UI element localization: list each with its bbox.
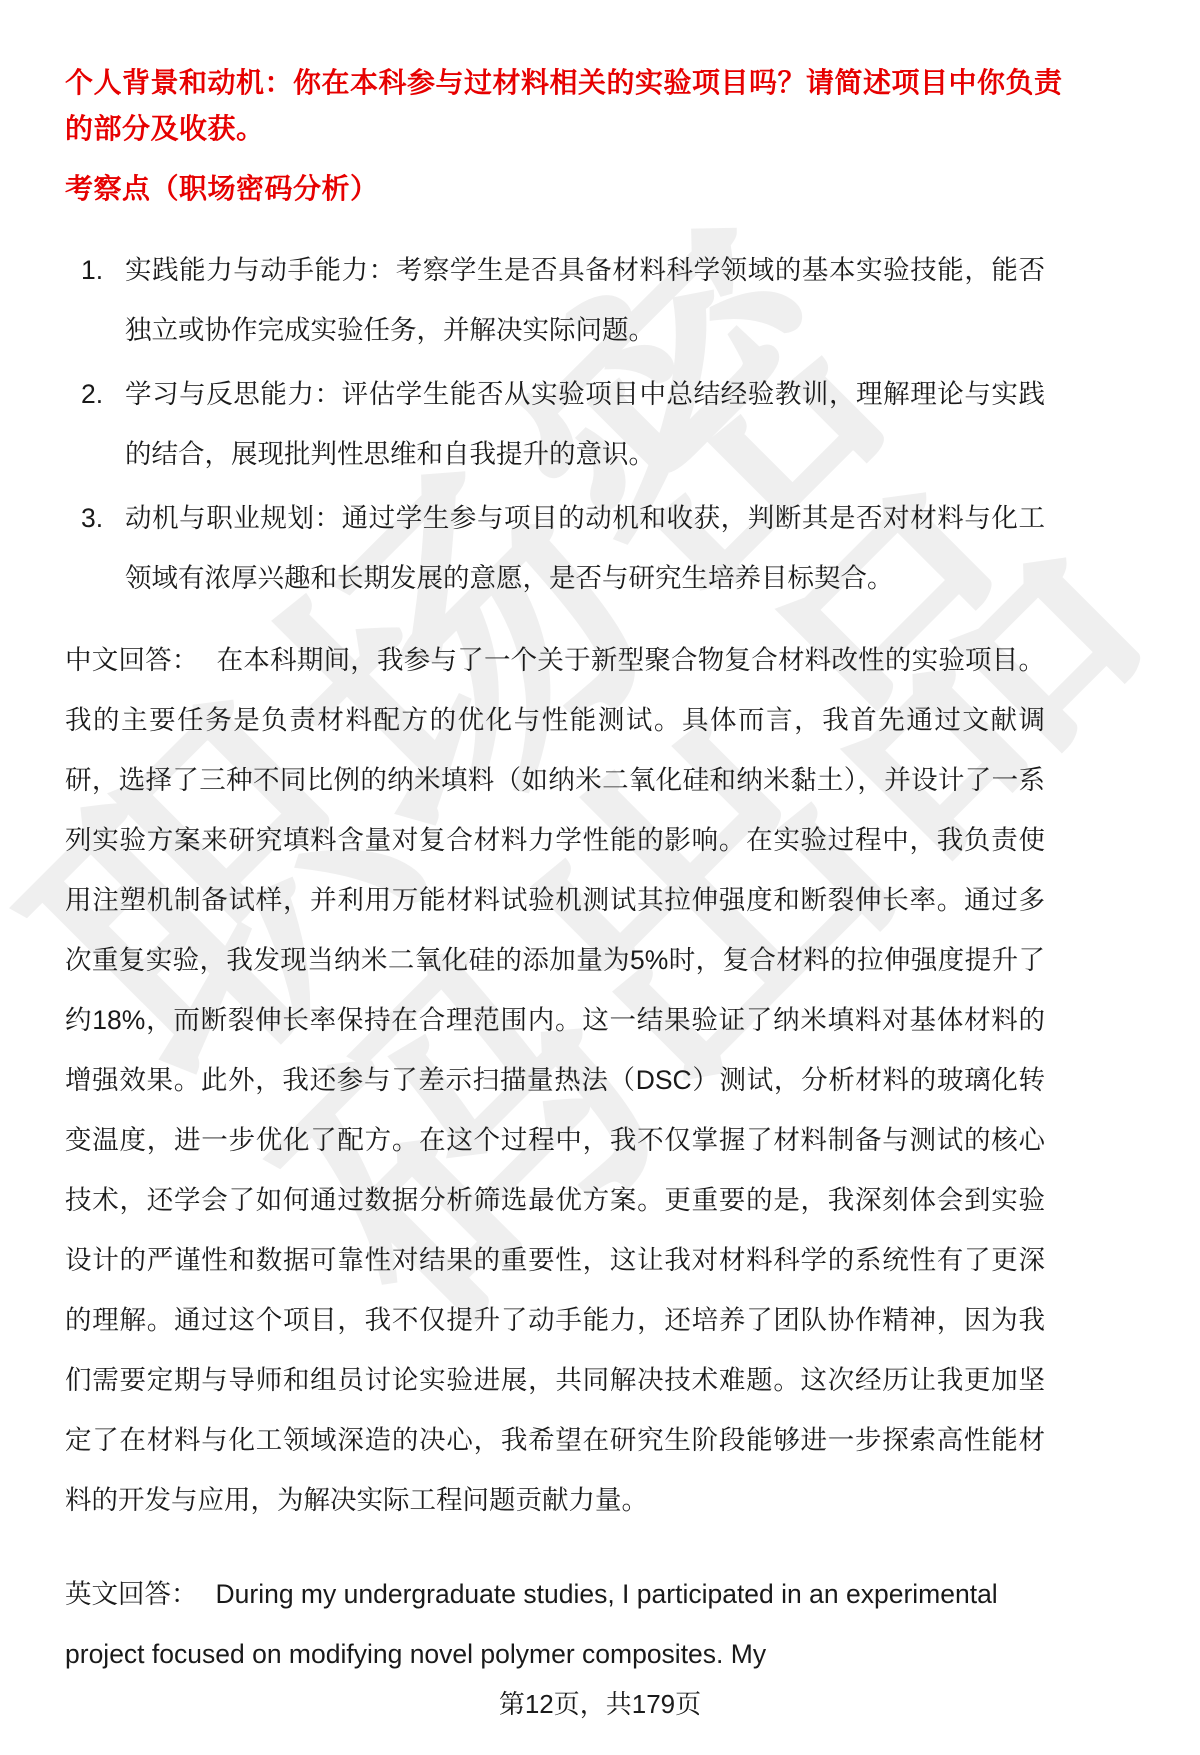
list-item-text: 动机与职业规划：通过学生参与项目的动机和收获，判断其是否对材料与化工领域有浓厚兴… (125, 488, 1045, 608)
list-item-text: 实践能力与动手能力：考察学生是否具备材料科学领域的基本实验技能，能否独立或协作完… (125, 240, 1045, 360)
chinese-answer-label: 中文回答： (65, 645, 199, 675)
english-answer-label: 英文回答： (65, 1579, 198, 1609)
english-answer-paragraph: 英文回答：During my undergraduate studies, I … (65, 1564, 1045, 1684)
question-heading: 个人背景和动机：你在本科参与过材料相关的实验项目吗？请简述项目中你负责的部分及收… (65, 60, 1077, 152)
chinese-answer-paragraph: 中文回答：在本科期间，我参与了一个关于新型聚合物复合材料改性的实验项目。我的主要… (65, 630, 1045, 1530)
list-item-number: 1. (81, 240, 125, 300)
list-item-number: 3. (81, 488, 125, 548)
analysis-points-list: 1. 实践能力与动手能力：考察学生是否具备材料科学领域的基本实验技能，能否独立或… (65, 240, 1045, 608)
english-answer-text: During my undergraduate studies, I parti… (65, 1579, 998, 1669)
list-item-text: 学习与反思能力：评估学生能否从实验项目中总结经验教训，理解理论与实践的结合，展现… (125, 364, 1045, 484)
document-page: 职场密码出品 个人背景和动机：你在本科参与过材料相关的实验项目吗？请简述项目中你… (0, 0, 1200, 1755)
analysis-section-heading: 考察点（职场密码分析） (65, 166, 1045, 212)
list-item-number: 2. (81, 364, 125, 424)
page-number-footer: 第12页，共179页 (0, 1684, 1200, 1724)
list-item: 2. 学习与反思能力：评估学生能否从实验项目中总结经验教训，理解理论与实践的结合… (65, 364, 1045, 484)
list-item: 3. 动机与职业规划：通过学生参与项目的动机和收获，判断其是否对材料与化工领域有… (65, 488, 1045, 608)
list-item: 1. 实践能力与动手能力：考察学生是否具备材料科学领域的基本实验技能，能否独立或… (65, 240, 1045, 360)
chinese-answer-text: 在本科期间，我参与了一个关于新型聚合物复合材料改性的实验项目。我的主要任务是负责… (65, 645, 1045, 1515)
page-content: 个人背景和动机：你在本科参与过材料相关的实验项目吗？请简述项目中你负责的部分及收… (0, 0, 1155, 1684)
